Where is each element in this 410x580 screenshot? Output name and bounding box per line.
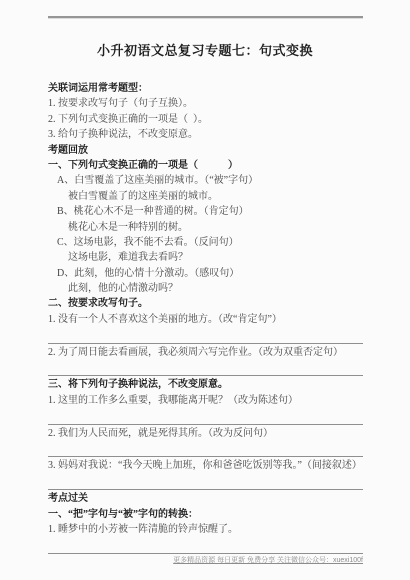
section-heading: 一、“把”字句与“被”字句的转换： <box>48 507 363 522</box>
list-item: 1. 按要求改写句子（句子互换）。 <box>48 96 363 111</box>
option-line: D、此刻，他的心情十分激动。（感叹句） <box>48 266 363 281</box>
answer-blank-line <box>48 408 363 424</box>
question-line: 1. 睡梦中的小芳被一阵清脆的铃声惊醒了。 <box>48 522 363 537</box>
question-line: 1. 这里的工作多么重要，我哪能离开呢？（改为陈述句） <box>48 393 363 408</box>
question-heading: 一、下列句式变换正确的一项是（ ） <box>48 158 363 173</box>
list-item: 3. 给句子换种说法，不改变原意。 <box>48 127 363 142</box>
option-line: A、白雪覆盖了这座美丽的城市。（“被”字句） <box>48 173 363 188</box>
question-line: 2. 我们为人民而死，就是死得其所。（改为反问句） <box>48 426 363 441</box>
section-heading: 考点过关 <box>48 491 363 506</box>
worksheet-page: 小升初语文总复习专题七：句式变换 关联词运用常考题型： 1. 按要求改写句子（句… <box>0 0 410 580</box>
option-line: B、桃花心木不是一种普通的树。（肯定句） <box>48 204 363 219</box>
answer-blank-line <box>48 474 363 490</box>
option-sub-line: 桃花心木是一种特别的树。 <box>48 220 363 235</box>
header-rule <box>48 16 363 18</box>
question-line: 2. 为了周日能去看画展，我必须周六写完作业。（改为双重否定句） <box>48 345 363 360</box>
section-heading: 二、按要求改写句子。 <box>48 296 363 311</box>
option-sub-line: 此刻，他的心情激动吗？ <box>48 281 363 296</box>
question-line: 3. 妈妈对我说：“我今天晚上加班，你和爸爸吃饭别等我。”（间接叙述） <box>48 458 363 473</box>
footer-watermark: 更多精品资源 每日更新 免费分享 关注微信公众号：xuexi100f <box>173 555 363 565</box>
answer-blank-line <box>48 327 363 343</box>
question-line: 1. 没有一个人不喜欢这个美丽的地方。（改“肯定句”） <box>48 312 363 327</box>
page-title: 小升初语文总复习专题七：句式变换 <box>0 40 410 59</box>
option-sub-line: 被白雪覆盖了的这座美丽的城市。 <box>48 189 363 204</box>
option-sub-line: 这场电影，难道我去看吗？ <box>48 250 363 265</box>
list-item: 2. 下列句式变换正确的一项是（ ）。 <box>48 112 363 127</box>
section-heading: 关联词运用常考题型： <box>48 81 363 96</box>
option-line: C、这场电影，我不能不去看。（反问句） <box>48 235 363 250</box>
answer-blank-line <box>48 537 363 553</box>
worksheet-body: 关联词运用常考题型： 1. 按要求改写句子（句子互换）。 2. 下列句式变换正确… <box>48 81 363 555</box>
answer-blank-line <box>48 360 363 376</box>
answer-blank-line <box>48 441 363 457</box>
section-heading: 考题回放 <box>48 143 363 158</box>
section-heading: 三、将下列句子换种说法，不改变原意。 <box>48 377 363 392</box>
